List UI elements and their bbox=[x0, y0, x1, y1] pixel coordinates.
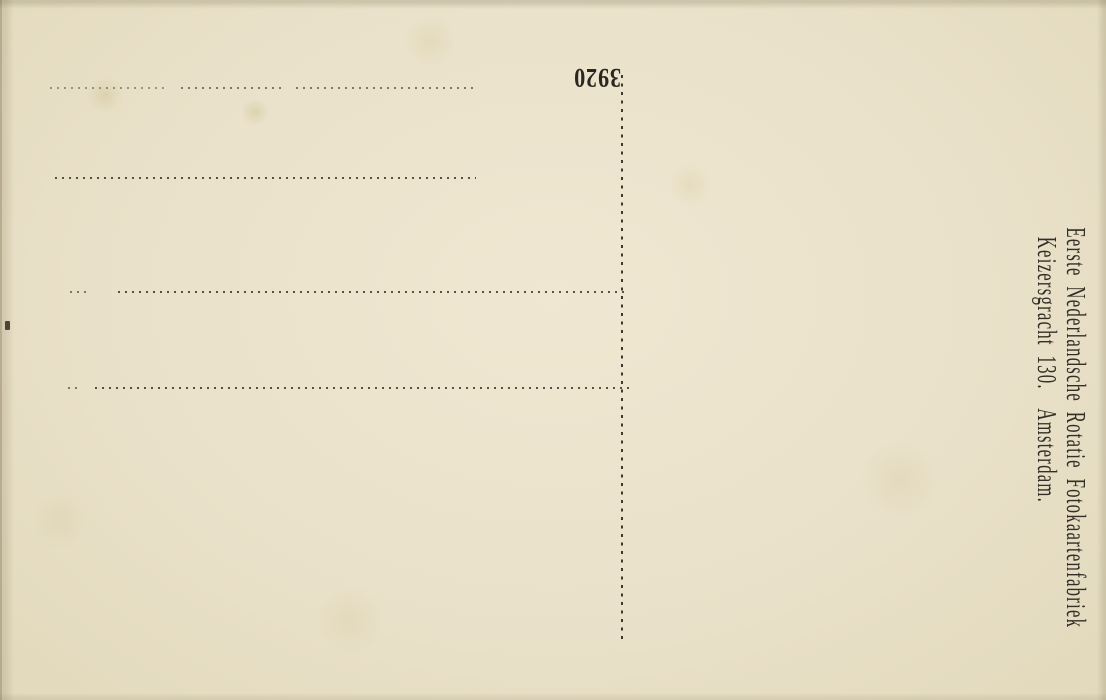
address-line-4 bbox=[95, 387, 630, 389]
address-line-1-segment bbox=[50, 87, 168, 89]
address-line-1-segment bbox=[296, 87, 476, 89]
address-line-4-segment bbox=[68, 387, 82, 389]
divider-line-vertical bbox=[621, 75, 623, 641]
address-line-3 bbox=[118, 291, 628, 293]
card-number: 3920 bbox=[575, 60, 621, 96]
publisher-imprint: Eerste Nederlandsche Rotatie Fotokaarten… bbox=[1032, 140, 1090, 600]
address-line-2 bbox=[55, 177, 476, 179]
publisher-address: Keizersgracht 130. Amsterdam. bbox=[1032, 227, 1061, 512]
ink-speck bbox=[5, 321, 10, 330]
address-line-3-segment bbox=[70, 291, 86, 293]
address-line-1-segment bbox=[181, 87, 283, 89]
publisher-name: Eerste Nederlandsche Rotatie Fotokaarten… bbox=[1061, 227, 1090, 512]
postcard-back: 3920 Eerste Nederlandsche Rotatie Fotoka… bbox=[0, 0, 1106, 700]
